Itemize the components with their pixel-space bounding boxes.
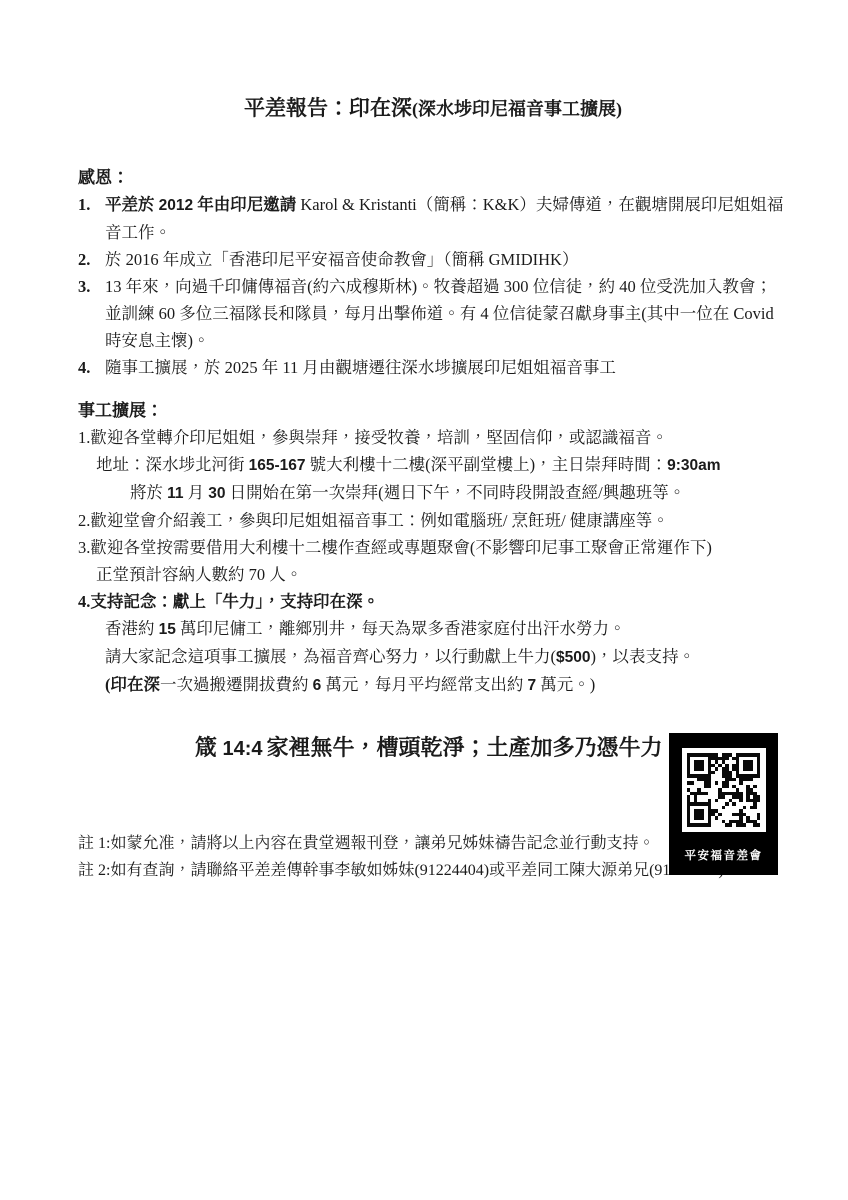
list-item-text: 平差於 2012 年由印尼邀請 Karol & Kristanti（簡稱：K&K… (105, 191, 788, 246)
list-item-text: 隨事工擴展，於 2025 年 11 月由觀塘遷往深水埗擴展印尼姐姐福音事工 (105, 354, 788, 381)
expansion-item-3-capacity: 正堂預計容納人數約 70 人。 (78, 561, 788, 588)
support-line-1: 香港約 15 萬印尼傭工，離鄉別井，每天為眾多香港家庭付出汗水勞力。 (78, 615, 788, 643)
list-item: 1. 平差於 2012 年由印尼邀請 Karol & Kristanti（簡稱：… (78, 191, 788, 246)
list-number: 1. (78, 191, 105, 246)
expansion-item-2: 2.歡迎堂會介紹義工，參與印尼姐姐福音事工：例如電腦班/ 烹飪班/ 健康講座等。 (78, 507, 788, 534)
list-item: 4. 隨事工擴展，於 2025 年 11 月由觀塘遷往深水埗擴展印尼姐姐福音事工 (78, 354, 788, 381)
expansion-item-3: 3.歡迎各堂按需要借用大利樓十二樓作查經或專題聚會(不影響印尼事工聚會正常運作下… (78, 534, 788, 561)
cost-note: (印在深一次過搬遷開拔費約 6 萬元，每月平均經常支出約 7 萬元。) (78, 671, 788, 699)
monthly-cost: 7 (528, 677, 537, 694)
thanksgiving-list: 1. 平差於 2012 年由印尼邀請 Karol & Kristanti（簡稱：… (78, 191, 788, 381)
list-number: 2. (78, 246, 105, 273)
support-heading: 4.支持記念：獻上「牛力」，支持印在深。 (78, 588, 788, 615)
verse-book: 箴 (195, 735, 217, 760)
donation-amount: $500 (556, 649, 590, 666)
list-number: 3. (78, 273, 105, 354)
start-month: 11 (167, 485, 183, 502)
start-day: 30 (208, 485, 225, 502)
verse-reference: 14:4 (223, 738, 263, 760)
thanksgiving-heading: 感恩： (78, 164, 788, 191)
expansion-address: 地址：深水埗北河街 165-167 號大利樓十二樓(深平副堂樓上)，主日崇拜時間… (78, 451, 788, 479)
qr-code-frame (682, 748, 766, 832)
qr-code-block: 平安福音差會 (669, 733, 778, 875)
document-page: 平差報告：印在深(深水埗印尼福音事工擴展) 感恩： 1. 平差於 2012 年由… (0, 0, 848, 1200)
list-item: 3. 13 年來，向過千印傭傳福音(約六成穆斯林)。牧養超過 300 位信徒，約… (78, 273, 788, 354)
title-subtitle: (深水埗印尼福音事工擴展) (412, 99, 622, 119)
page-title: 平差報告：印在深(深水埗印尼福音事工擴展) (78, 0, 788, 125)
list-item-text: 於 2016 年成立「香港印尼平安福音使命教會」（簡稱 GMIDIHK） (105, 246, 788, 273)
service-time: 9:30am (667, 457, 720, 474)
expansion-item-1: 1.歡迎各堂轉介印尼姐姐，參與崇拜，接受牧養，培訓，堅固信仰，或認識福音。 (78, 424, 788, 451)
list-item: 2. 於 2016 年成立「香港印尼平安福音使命教會」（簡稱 GMIDIHK） (78, 246, 788, 273)
qr-caption: 平安福音差會 (669, 843, 778, 870)
moving-cost: 6 (313, 677, 322, 694)
expansion-heading: 事工擴展： (78, 397, 788, 424)
street-number: 165-167 (249, 457, 306, 474)
verse-text: 家裡無牛，槽頭乾淨；土產加多乃憑牛力。 (267, 735, 685, 760)
list-item-text: 13 年來，向過千印傭傳福音(約六成穆斯林)。牧養超過 300 位信徒，約 40… (105, 273, 788, 354)
expansion-start-date: 將於 11 月 30 日開始在第一次崇拜(週日下午，不同時段開設查經/興趣班等。 (78, 479, 788, 507)
support-line-2: 請大家記念這項事工擴展，為福音齊心努力，以行動獻上牛力($500)，以表支持。 (78, 643, 788, 671)
title-main: 平差報告：印在深 (244, 96, 412, 120)
qr-code (687, 753, 761, 827)
worker-count: 15 (159, 621, 176, 638)
list-number: 4. (78, 354, 105, 381)
